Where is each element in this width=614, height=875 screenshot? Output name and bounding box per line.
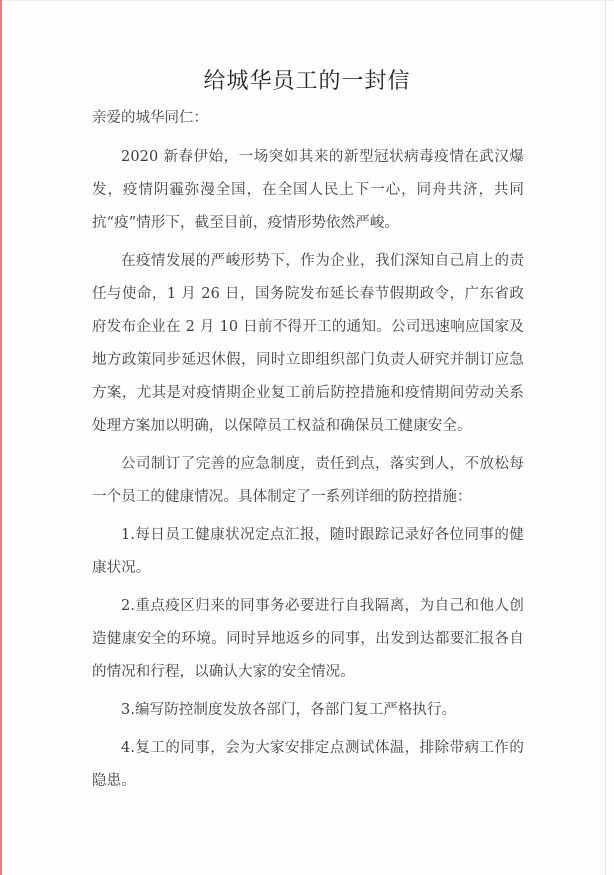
paragraph-company-response: 在疫情发展的严峻形势下，作为企业，我们深知自己肩上的责任与使命，1 月 26 日…	[92, 245, 524, 443]
measure-item-4: 4.复工的同事，会为大家安排定点测试体温，排除带病工作的隐患。	[92, 732, 524, 798]
measure-item-3: 3.编写防控制度发放各部门，各部门复工严格执行。	[92, 694, 524, 727]
letter-title: 给城华员工的一封信	[0, 64, 614, 95]
scanned-letter-page: 给城华员工的一封信 亲爱的城华同仁： 2020 新春伊始，一场突如其来的新型冠状…	[0, 0, 614, 875]
letter-body: 2020 新春伊始，一场突如其来的新型冠状病毒疫情在武汉爆发，疫情阴霾弥漫全国，…	[92, 141, 524, 803]
scan-edge-left	[0, 0, 2, 875]
measure-item-1: 1.每日员工健康状况定点汇报，随时跟踪记录好各位同事的健康状况。	[92, 519, 524, 585]
paragraph-outbreak: 2020 新春伊始，一场突如其来的新型冠状病毒疫情在武汉爆发，疫情阴霾弥漫全国，…	[92, 141, 524, 240]
letter-greeting: 亲爱的城华同仁：	[92, 106, 208, 127]
measure-item-2: 2.重点疫区归来的同事务必要进行自我隔离，为自己和他人创造健康安全的环境。同时异…	[92, 590, 524, 689]
paragraph-emergency-system: 公司制订了完善的应急制度，责任到点，落实到人，不放松每一个员工的健康情况。具体制…	[92, 448, 524, 514]
scan-edge-top	[0, 0, 614, 1]
scan-edge-right	[605, 0, 606, 875]
